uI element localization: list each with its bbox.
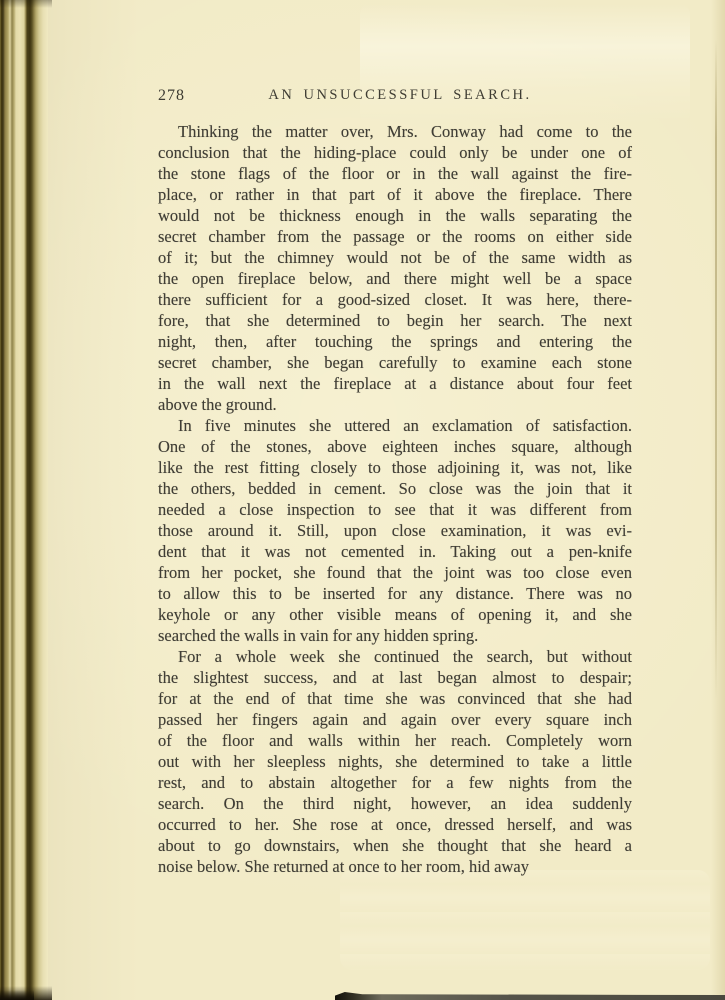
text-line: searched the walls in vain for any hidde…: [158, 625, 632, 646]
book-bottom-left-edge: [0, 990, 34, 1000]
page-right-edge-crease: [715, 40, 717, 700]
text-line: night, then, after touching the springs …: [158, 331, 632, 352]
paragraph: Thinking the matter over, Mrs. Conway ha…: [158, 121, 632, 415]
text-line: conclusion that the hiding-place could o…: [158, 142, 632, 163]
text-line: the stone flags of the floor or in the w…: [158, 163, 632, 184]
text-line: secret chamber from the passage or the r…: [158, 226, 632, 247]
text-line: One of the stones, above eighteen inches…: [158, 436, 632, 457]
text-line: about to go downstairs, when she thought…: [158, 835, 632, 856]
scan-light-streak-bottom: [340, 870, 710, 970]
text-line: place, or rather in that part of it abov…: [158, 184, 632, 205]
text-line: the open fireplace below, and there migh…: [158, 268, 632, 289]
text-line: occurred to her. She rose at once, dress…: [158, 814, 632, 835]
text-line: noise below. She returned at once to her…: [158, 856, 632, 877]
paragraph: For a whole week she continued the searc…: [158, 646, 632, 877]
text-line: of the floor and walls within her reach.…: [158, 730, 632, 751]
text-line: secret chamber, she began carefully to e…: [158, 352, 632, 373]
page-body: Thinking the matter over, Mrs. Conway ha…: [158, 121, 632, 877]
text-line: passed her fingers again and again over …: [158, 709, 632, 730]
text-line: In five minutes she uttered an exclamati…: [158, 415, 632, 436]
book-gutter-binding: [0, 0, 48, 1000]
text-line: Thinking the matter over, Mrs. Conway ha…: [158, 121, 632, 142]
text-line: to allow this to be inserted for any dis…: [158, 583, 632, 604]
page-number: 278: [158, 87, 185, 105]
text-line: the others, bedded in cement. So close w…: [158, 478, 632, 499]
text-line: out with her sleepless nights, she deter…: [158, 751, 632, 772]
paragraph: In five minutes she uttered an exclamati…: [158, 415, 632, 646]
text-line: the slightest success, and at last began…: [158, 667, 632, 688]
book-bottom-edge: [335, 992, 725, 1000]
text-line: in the wall next the fireplace at a dist…: [158, 373, 632, 394]
text-line: of it; but the chimney would not be of t…: [158, 247, 632, 268]
gutter-top-shadow: [0, 0, 52, 8]
text-line: For a whole week she continued the searc…: [158, 646, 632, 667]
running-title: AN UNSUCCESSFUL SEARCH.: [158, 87, 632, 104]
text-line: from her pocket, she found that the join…: [158, 562, 632, 583]
text-line: above the ground.: [158, 394, 632, 415]
text-line: keyhole or any other visible means of op…: [158, 604, 632, 625]
text-line: like the rest fitting closely to those a…: [158, 457, 632, 478]
text-line: dent that it was not cemented in. Taking…: [158, 541, 632, 562]
text-line: rest, and to abstain altogether for a fe…: [158, 772, 632, 793]
text-line: search. On the third night, however, an …: [158, 793, 632, 814]
book-page-scan: 278 AN UNSUCCESSFUL SEARCH. Thinking the…: [0, 0, 725, 1000]
scan-light-streak-top: [360, 4, 690, 124]
text-line: would not be thickness enough in the wal…: [158, 205, 632, 226]
text-line: those around it. Still, upon close exami…: [158, 520, 632, 541]
text-line: for at the end of that time she was conv…: [158, 688, 632, 709]
text-line: there sufficient for a good-sized closet…: [158, 289, 632, 310]
text-line: needed a close inspection to see that it…: [158, 499, 632, 520]
text-line: fore, that she determined to begin her s…: [158, 310, 632, 331]
running-head: 278 AN UNSUCCESSFUL SEARCH.: [158, 87, 632, 104]
page-right-edge-shading: [711, 0, 725, 1000]
